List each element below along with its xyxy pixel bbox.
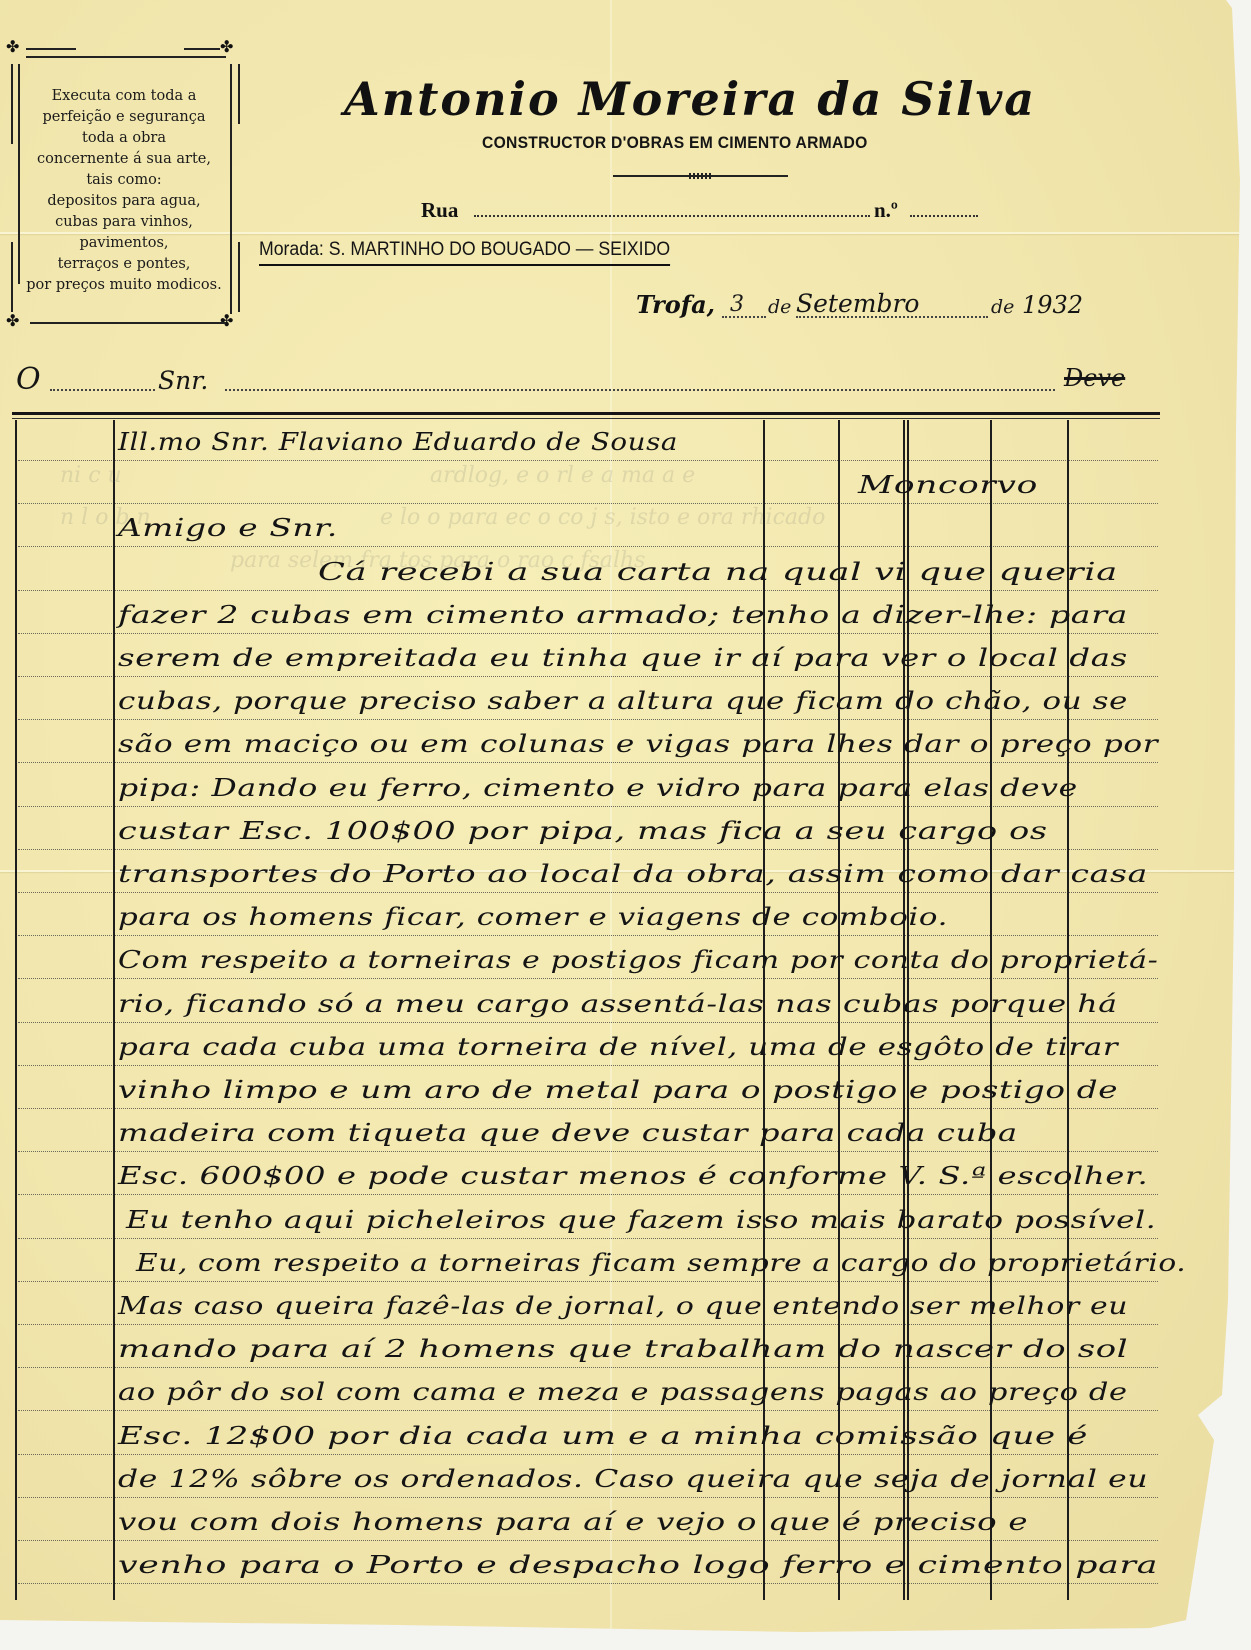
handwritten-line: mando para aí 2 homens que trabalham do … bbox=[118, 1335, 1128, 1363]
handwritten-line: Amigo e Snr. bbox=[118, 514, 338, 542]
advert-line: concernente á sua arte, bbox=[22, 149, 226, 170]
ruled-line bbox=[18, 1238, 1158, 1239]
ruled-line bbox=[18, 1583, 1158, 1584]
ruled-line bbox=[18, 1454, 1158, 1455]
ruled-line bbox=[18, 1281, 1158, 1282]
handwritten-line: custar Esc. 100$00 por pipa, mas fica a … bbox=[118, 817, 1048, 845]
advert-line: tais como: bbox=[22, 170, 226, 191]
handwritten-line: Eu tenho aqui picheleiros que fazem isso… bbox=[126, 1206, 1156, 1234]
address-line: Morada: S. MARTINHO DO BOUGADO — SEIXIDO bbox=[259, 239, 670, 266]
handwritten-line: transportes do Porto ao local da obra, a… bbox=[118, 860, 1148, 888]
handwritten-line: Cá recebi a sua carta na qual vi que que… bbox=[318, 558, 1118, 586]
handwritten-line: Esc. 600$00 e pode custar menos é confor… bbox=[118, 1162, 1148, 1190]
letter-sheet: ✤ ✤ ✤ ✤ Executa com toda a perfeição e s… bbox=[0, 0, 1251, 1650]
advert-line: pavimentos, bbox=[22, 233, 226, 254]
ruled-line bbox=[18, 1022, 1158, 1023]
corner-ornament-icon: ✤ bbox=[6, 40, 19, 56]
handwritten-line: para os homens ficar, comer e viagens de… bbox=[118, 903, 948, 931]
ruled-line bbox=[18, 590, 1158, 591]
handwritten-line: Esc. 12$00 por dia cada um e a minha com… bbox=[118, 1422, 1088, 1450]
handwritten-line: rio, ficando só a meu cargo assentá-las … bbox=[118, 990, 1118, 1018]
company-subtitle: CONSTRUCTOR D'OBRAS EM CIMENTO ARMADO bbox=[482, 133, 868, 153]
ruled-line bbox=[18, 719, 1158, 720]
ruled-line bbox=[18, 1324, 1158, 1325]
number-label: n.º bbox=[874, 198, 898, 223]
bleed-through-text: ardlog, e o rl e a ma a e bbox=[430, 463, 695, 488]
company-name: Antonio Moreira da Silva bbox=[344, 72, 1064, 126]
number-field bbox=[910, 215, 978, 217]
handwritten-line: vou com dois homens para aí e vejo o que… bbox=[118, 1508, 1028, 1536]
advert-line: Executa com toda a bbox=[22, 86, 226, 107]
handwritten-line: pipa: Dando eu ferro, cimento e vidro pa… bbox=[118, 774, 1078, 802]
handwritten-line: fazer 2 cubas em cimento armado; tenho a… bbox=[118, 601, 1128, 629]
ruled-line bbox=[18, 676, 1158, 677]
ruled-line bbox=[18, 978, 1158, 979]
handwritten-line: Eu, com respeito a torneiras ficam sempr… bbox=[136, 1249, 1186, 1277]
ruled-line bbox=[18, 1497, 1158, 1498]
column-rule bbox=[15, 420, 17, 1600]
handwritten-line: são em maciço ou em colunas e vigas para… bbox=[118, 730, 1158, 758]
ruled-line bbox=[18, 633, 1158, 634]
advert-text: Executa com toda a perfeição e segurança… bbox=[22, 86, 226, 296]
ruled-line bbox=[18, 849, 1158, 850]
advert-box: ✤ ✤ ✤ ✤ Executa com toda a perfeição e s… bbox=[8, 42, 236, 330]
bleed-through-text: e lo o para ec o co j s, isto e ora rhic… bbox=[380, 505, 825, 530]
ruled-line bbox=[18, 460, 1158, 461]
handwritten-line: serem de empreitada eu tinha que ir aí p… bbox=[118, 644, 1128, 672]
ruled-line bbox=[18, 1151, 1158, 1152]
corner-ornament-icon: ✤ bbox=[6, 314, 19, 330]
date-de: de bbox=[991, 296, 1014, 318]
ruled-line bbox=[18, 762, 1158, 763]
o-label: O bbox=[16, 362, 41, 397]
deve-label: Deve bbox=[1064, 364, 1125, 392]
ruled-line bbox=[18, 1108, 1158, 1109]
handwritten-line: venho para o Porto e despacho logo ferro… bbox=[118, 1551, 1158, 1579]
snr-label: Snr. bbox=[158, 366, 208, 395]
advert-line: perfeição e segurança bbox=[22, 107, 226, 128]
handwritten-line: para cada cuba uma torneira de nível, um… bbox=[118, 1033, 1118, 1061]
date-place: Trofa, bbox=[636, 290, 715, 319]
handwritten-line: Ill.mo Snr. Flaviano Eduardo de Sousa bbox=[118, 428, 678, 456]
handwritten-line: Mas caso queira fazê-las de jornal, o qu… bbox=[118, 1292, 1128, 1320]
column-rule bbox=[113, 420, 115, 1600]
date-de: de bbox=[768, 296, 791, 318]
advert-line: por preços muito modicos. bbox=[22, 275, 226, 296]
ruled-line bbox=[18, 935, 1158, 936]
bleed-through-text: ni c u bbox=[60, 463, 122, 488]
handwritten-line: cubas, porque preciso saber a altura que… bbox=[118, 687, 1128, 715]
advert-line: depositos para agua, bbox=[22, 191, 226, 212]
handwritten-line: Com respeito a torneiras e postigos fica… bbox=[118, 946, 1158, 974]
ruled-line bbox=[18, 1367, 1158, 1368]
ruled-line bbox=[18, 1410, 1158, 1411]
header-rule bbox=[12, 418, 1160, 419]
handwritten-line: madeira com tiqueta que deve custar para… bbox=[118, 1119, 1018, 1147]
handwritten-line: Moncorvo bbox=[858, 471, 1038, 499]
advert-line: toda a obra bbox=[22, 128, 226, 149]
ruled-line bbox=[18, 1065, 1158, 1066]
date-year: 1932 bbox=[1022, 291, 1083, 319]
advert-line: cubas para vinhos, bbox=[22, 212, 226, 233]
advert-line: terraços e pontes, bbox=[22, 254, 226, 275]
handwritten-line: vinho limpo e um aro de metal para o pos… bbox=[118, 1076, 1118, 1104]
ruled-line bbox=[18, 806, 1158, 807]
header-rule bbox=[12, 412, 1160, 415]
ruled-line bbox=[18, 1194, 1158, 1195]
handwritten-line: ao pôr do sol com cama e meza e passagen… bbox=[118, 1378, 1128, 1406]
street-label: Rua bbox=[421, 198, 458, 223]
ruled-line bbox=[18, 892, 1158, 893]
ruled-line bbox=[18, 1540, 1158, 1541]
date-month: Setembro bbox=[796, 289, 919, 318]
date-day: 3 bbox=[730, 292, 744, 317]
ornamental-divider bbox=[613, 175, 788, 177]
corner-ornament-icon: ✤ bbox=[220, 40, 233, 56]
street-field bbox=[474, 215, 870, 217]
handwritten-line: de 12% sôbre os ordenados. Caso queira q… bbox=[118, 1465, 1148, 1493]
